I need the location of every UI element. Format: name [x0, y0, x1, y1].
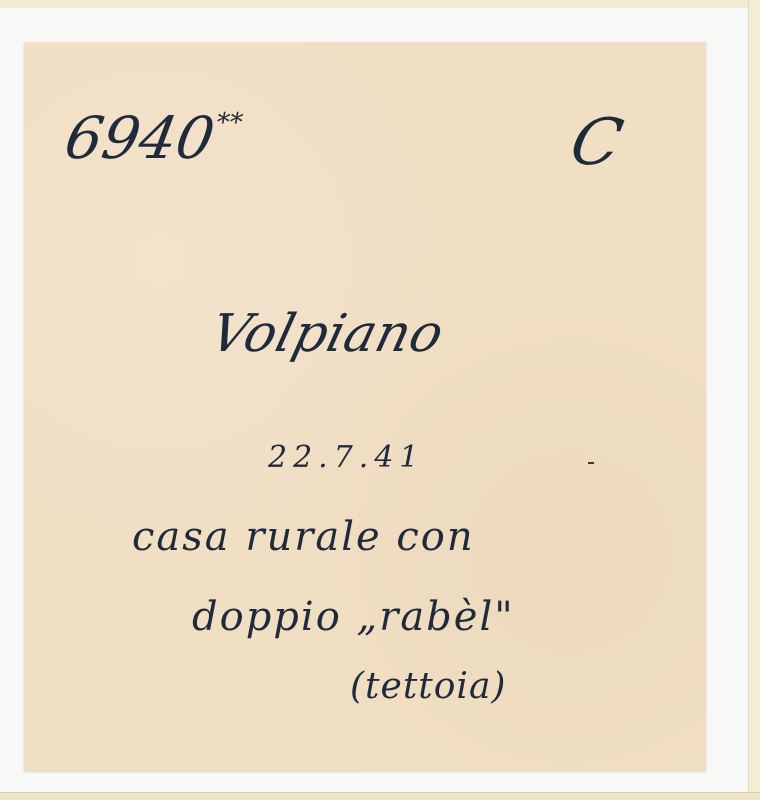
right-edge-strip [748, 0, 760, 800]
date: 22.7.41 [268, 440, 425, 475]
catalog-number: 6940** [60, 104, 246, 172]
class-letter: C [564, 106, 629, 180]
catalog-marks: ** [214, 108, 245, 138]
description-line-2: doppio „rabèl" [192, 594, 515, 640]
top-edge-strip [0, 0, 760, 8]
description-line-1: casa rurale con [132, 514, 475, 560]
place-name: Volpiano [205, 304, 450, 364]
index-card: 6940** C Volpiano 22.7.41 casa rurale co… [24, 42, 706, 771]
stray-mark [588, 462, 594, 464]
catalog-number-value: 6940 [60, 104, 220, 172]
bottom-edge-strip [0, 792, 760, 800]
description-line-3: (tettoia) [350, 666, 506, 707]
